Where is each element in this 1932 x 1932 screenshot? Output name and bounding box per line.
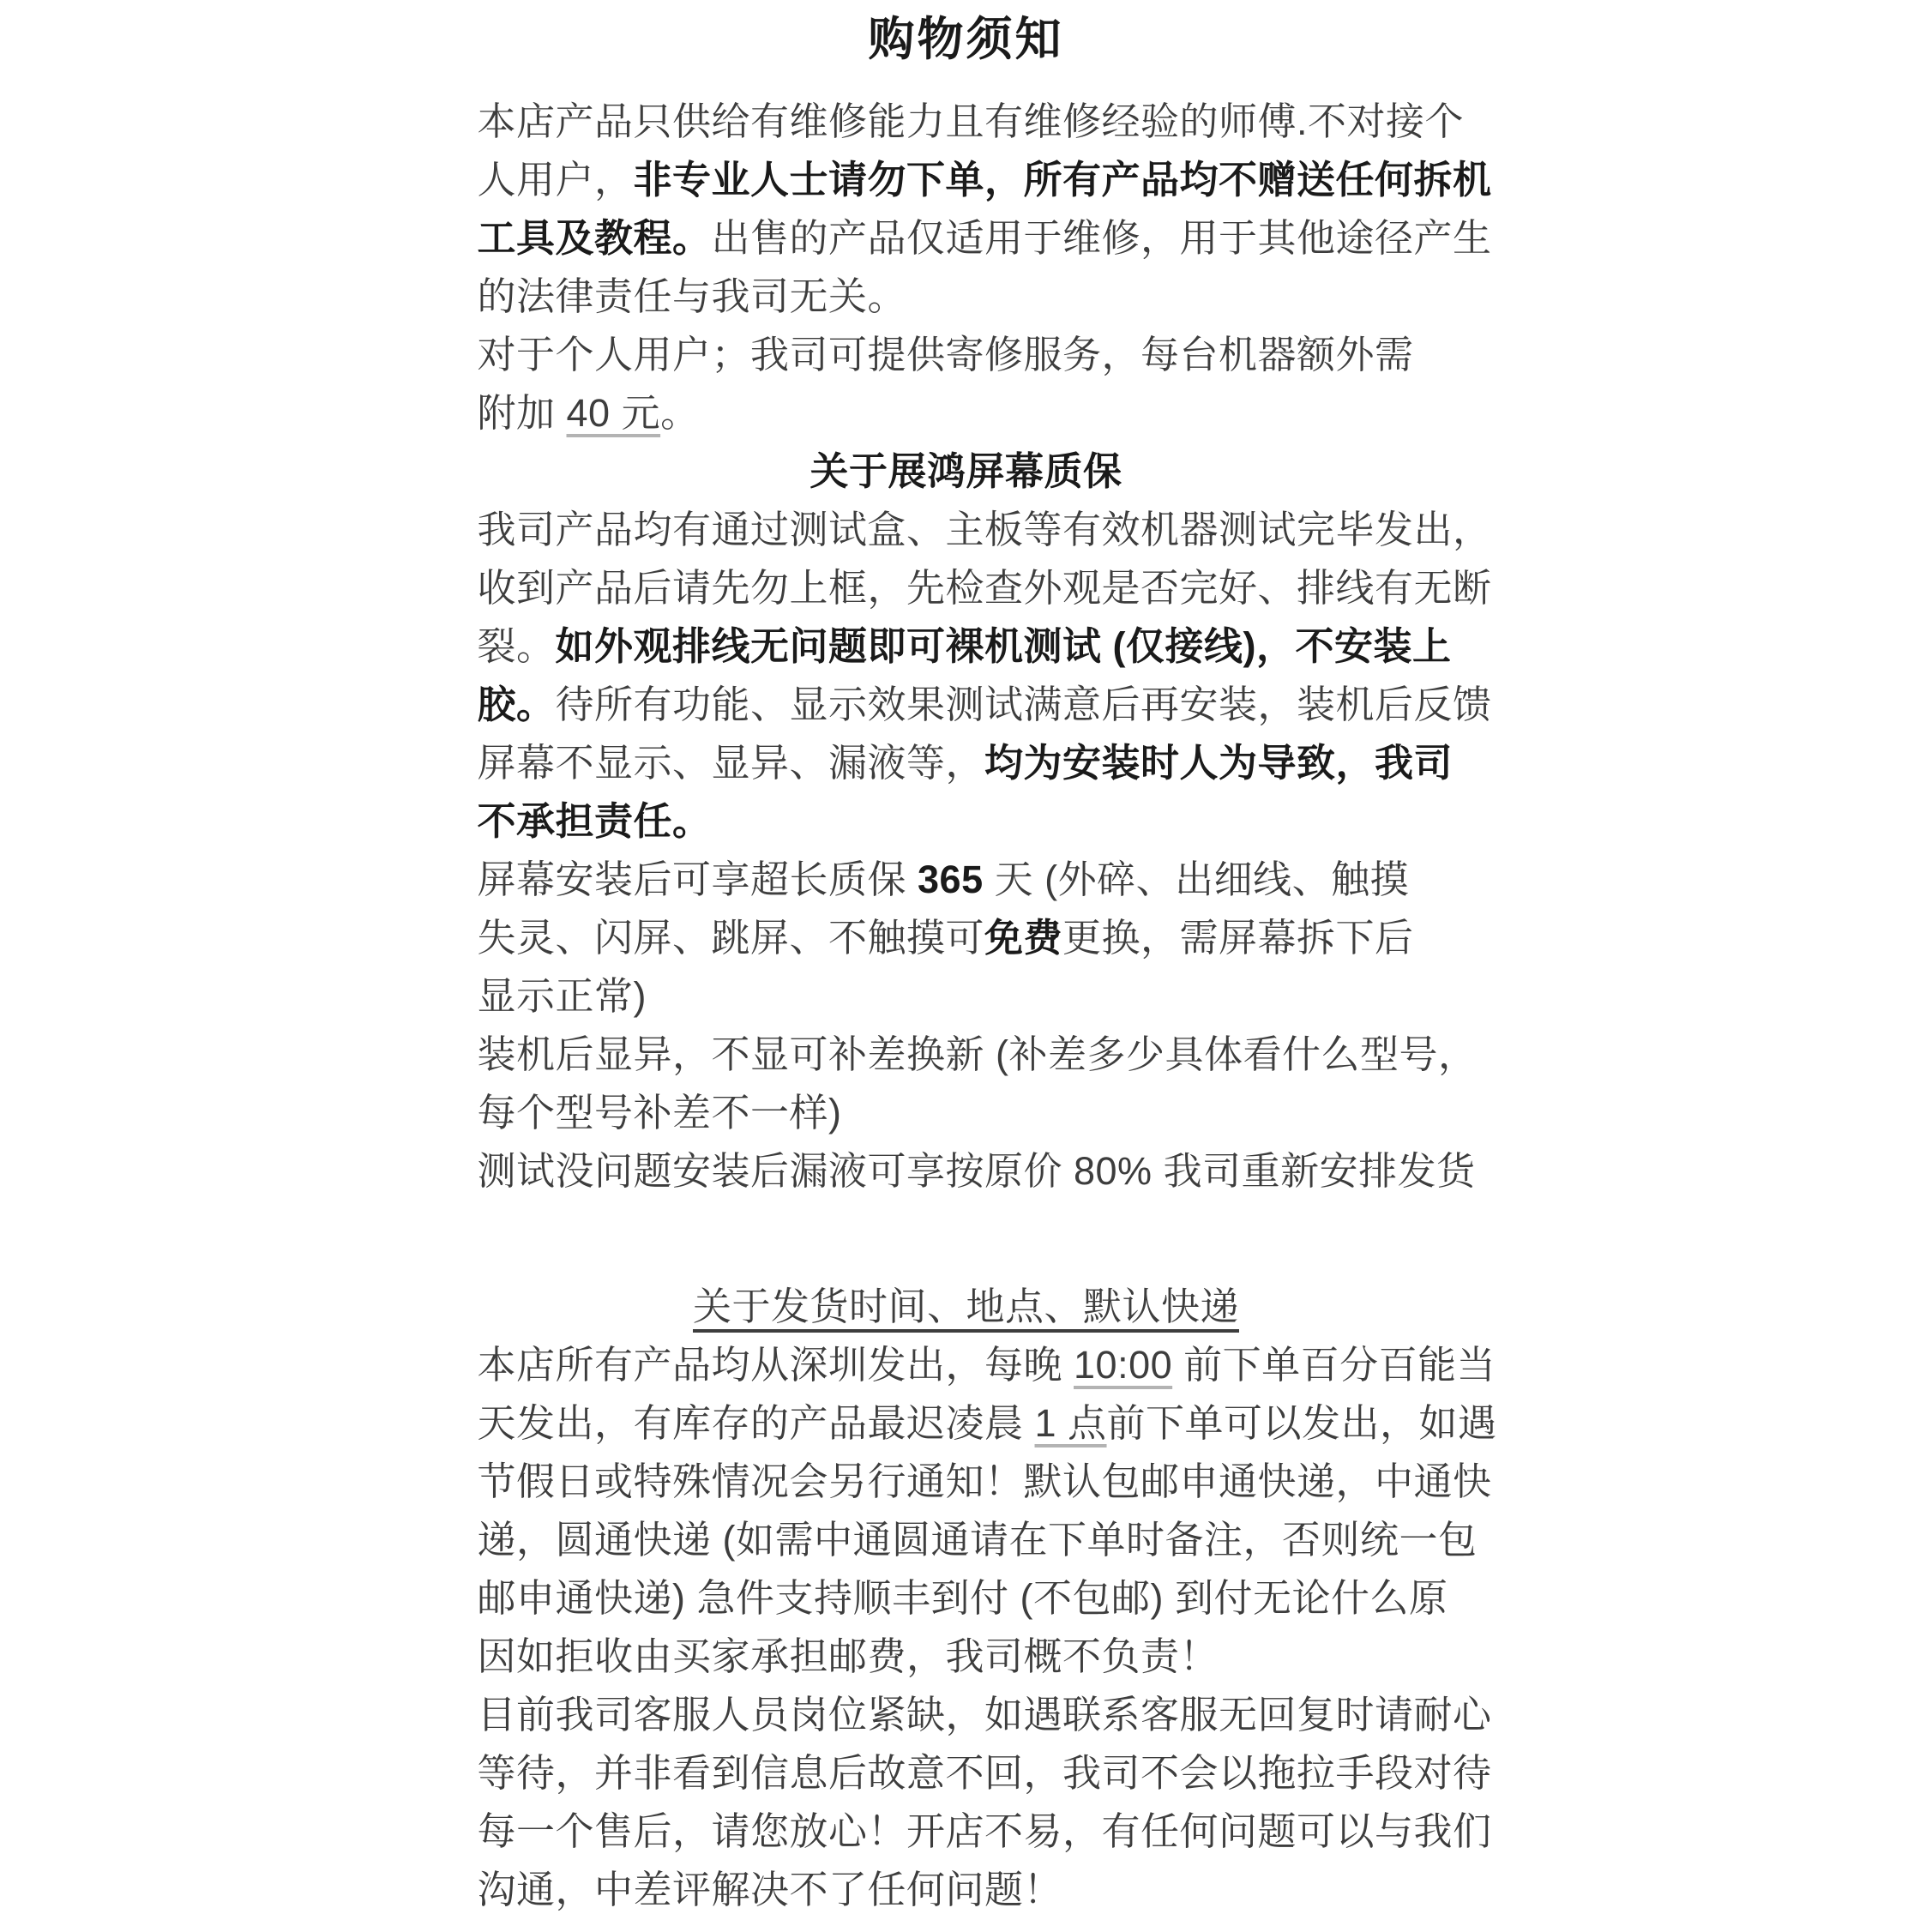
- text-line: 沟通，中差评解决不了任何问题！: [478, 1861, 1455, 1919]
- section-heading: 关于发货时间、地点、默认快递: [478, 1278, 1455, 1336]
- text-line: 不承担责任。: [478, 792, 1455, 851]
- paragraph: 目前我司客服人员岗位紧缺，如遇联系客服无回复时请耐心等待，并非看到信息后故意不回…: [478, 1686, 1455, 1919]
- text-line: 等待，并非看到信息后故意不回，我司不会以拖拉手段对待: [478, 1744, 1455, 1803]
- text-line: 天发出，有库存的产品最迟凌晨 1 点前下单可以发出，如遇: [478, 1394, 1455, 1453]
- text-segment: 因如拒收由买家承担邮费，我司概不负责！: [478, 1634, 1219, 1678]
- text-line: 本店产品只供给有维修能力且有维修经验的师傅.不对接个: [478, 93, 1455, 151]
- text-line: 递，圆通快递 (如需中通圆通请在下单时备注，否则统一包: [478, 1511, 1455, 1569]
- paragraph: 测试没问题安装后漏液可享按原价 80% 我司重新安排发货: [478, 1142, 1455, 1201]
- text-segment: 对于个人用户；我司可提供寄修服务，每台机器额外需: [478, 333, 1414, 376]
- paragraph: 装机后显异，不显可补差换新 (补差多少具体看什么型号，每个型号补差不一样): [478, 1026, 1455, 1142]
- text-line: 裂。如外观排线无问题即可裸机测试 (仅接线)，不安装上: [478, 617, 1455, 676]
- text-segment: 购物须知: [869, 14, 1064, 65]
- text-line: 因如拒收由买家承担邮费，我司概不负责！: [478, 1628, 1455, 1686]
- text-line: 胶。待所有功能、显示效果测试满意后再安装，装机后反馈: [478, 676, 1455, 734]
- text-line: 每个型号补差不一样): [478, 1084, 1455, 1142]
- text-segment: 递，圆通快递 (如需中通圆通请在下单时备注，否则统一包: [478, 1518, 1478, 1562]
- text-segment: 测试没问题安装后漏液可享按原价 80% 我司重新安排发货: [478, 1149, 1476, 1193]
- text-segment: 前下单百分百能当: [1172, 1343, 1496, 1387]
- text-segment: 10:00: [1074, 1343, 1172, 1387]
- text-segment: 每个型号补差不一样): [478, 1091, 842, 1135]
- text-line: 附加 40 元。: [478, 384, 1455, 442]
- text-segment: 屏幕不显示、显异、漏液等，: [478, 741, 985, 785]
- text-segment: 待所有功能、显示效果测试满意后再安装，装机后反馈: [556, 683, 1492, 726]
- text-line: 收到产品后请先勿上框，先检查外观是否完好、排线有无断: [478, 559, 1455, 617]
- text-segment: 如外观排线无问题即可裸机测试 (仅接线)，不安装上: [556, 624, 1452, 668]
- text-segment: 不承担责任。: [478, 799, 712, 843]
- text-line: 测试没问题安装后漏液可享按原价 80% 我司重新安排发货: [478, 1142, 1455, 1201]
- paragraph: 本店产品只供给有维修能力且有维修经验的师傅.不对接个人用户，非专业人士请勿下单，…: [478, 93, 1455, 326]
- text-segment: 非专业人士请勿下单，所有产品均不赠送任何拆机: [634, 158, 1492, 202]
- text-line: 装机后显异，不显可补差换新 (补差多少具体看什么型号，: [478, 1026, 1455, 1084]
- text-line: 关于发货时间、地点、默认快递: [478, 1278, 1455, 1336]
- paragraph: 屏幕安装后可享超长质保 365 天 (外碎、出细线、触摸失灵、闪屏、跳屏、不触摸…: [478, 851, 1455, 1026]
- text-segment: 均为安装时人为导致，我司: [984, 741, 1453, 785]
- text-segment: 天发出，有库存的产品最迟凌晨: [478, 1401, 1035, 1445]
- text-segment: 我司产品均有通过测试盒、主板等有效机器测试完毕发出，: [478, 508, 1492, 551]
- text-line: 显示正常): [478, 967, 1455, 1026]
- text-segment: 天 (外碎、出细线、触摸: [984, 858, 1410, 901]
- text-line: 本店所有产品均从深圳发出，每晚 10:00 前下单百分百能当: [478, 1336, 1455, 1394]
- section-heading: 关于展鸿屏幕质保: [478, 442, 1455, 501]
- text-segment: 前下单可以发出，如遇: [1107, 1401, 1497, 1445]
- text-line: 的法律责任与我司无关。: [478, 268, 1455, 326]
- text-segment: 胶。: [478, 683, 556, 726]
- notice-title: 购物须知: [478, 3, 1455, 75]
- text-line: 每一个售后，请您放心！开店不易，有任何问题可以与我们: [478, 1803, 1455, 1861]
- paragraph: 对于个人用户；我司可提供寄修服务，每台机器额外需附加 40 元。: [478, 326, 1455, 442]
- text-segment: 1 点: [1035, 1401, 1107, 1445]
- text-line: 屏幕不显示、显异、漏液等，均为安装时人为导致，我司: [478, 734, 1455, 792]
- text-segment: 本店所有产品均从深圳发出，每晚: [478, 1343, 1074, 1387]
- text-segment: 目前我司客服人员岗位紧缺，如遇联系客服无回复时请耐心: [478, 1693, 1492, 1736]
- text-segment: 等待，并非看到信息后故意不回，我司不会以拖拉手段对待: [478, 1751, 1492, 1795]
- text-segment: 屏幕安装后可享超长质保: [478, 858, 918, 901]
- text-line: 对于个人用户；我司可提供寄修服务，每台机器额外需: [478, 326, 1455, 384]
- text-segment: 沟通，中差评解决不了任何问题！: [478, 1868, 1063, 1911]
- text-line: 节假日或特殊情况会另行通知！默认包邮申通快递，中通快: [478, 1453, 1455, 1511]
- text-line: 目前我司客服人员岗位紧缺，如遇联系客服无回复时请耐心: [478, 1686, 1455, 1744]
- text-segment: 人用户，: [478, 158, 634, 202]
- paragraph: 本店所有产品均从深圳发出，每晚 10:00 前下单百分百能当天发出，有库存的产品…: [478, 1336, 1455, 1686]
- text-segment: 附加: [478, 391, 567, 435]
- text-segment: 每一个售后，请您放心！开店不易，有任何问题可以与我们: [478, 1809, 1492, 1853]
- text-segment: 更换，需屏幕拆下后: [1062, 916, 1414, 960]
- text-segment: 的法律责任与我司无关。: [478, 274, 907, 318]
- text-line: 人用户，非专业人士请勿下单，所有产品均不赠送任何拆机: [478, 151, 1455, 209]
- notice-document: 购物须知本店产品只供给有维修能力且有维修经验的师傅.不对接个人用户，非专业人士请…: [478, 0, 1455, 1919]
- text-segment: 关于发货时间、地点、默认快递: [693, 1285, 1239, 1328]
- text-line: 我司产品均有通过测试盒、主板等有效机器测试完毕发出，: [478, 501, 1455, 559]
- text-segment: 显示正常): [478, 974, 647, 1018]
- paragraph: 我司产品均有通过测试盒、主板等有效机器测试完毕发出，收到产品后请先勿上框，先检查…: [478, 501, 1455, 851]
- section-spacer: [478, 1201, 1455, 1278]
- text-line: 购物须知: [478, 3, 1455, 75]
- text-segment: 本店产品只供给有维修能力且有维修经验的师傅.不对接个: [478, 99, 1465, 143]
- text-segment: 工具及教程。: [478, 216, 712, 260]
- text-segment: 关于展鸿屏幕质保: [810, 449, 1122, 493]
- text-segment: 失灵、闪屏、跳屏、不触摸可: [478, 916, 985, 960]
- text-segment: 裂。: [478, 624, 556, 668]
- text-line: 关于展鸿屏幕质保: [478, 442, 1455, 501]
- text-segment: 。: [660, 391, 700, 435]
- text-line: 失灵、闪屏、跳屏、不触摸可免费更换，需屏幕拆下后: [478, 909, 1455, 967]
- text-segment: 免费: [984, 916, 1062, 960]
- text-segment: 节假日或特殊情况会另行通知！默认包邮申通快递，中通快: [478, 1460, 1492, 1503]
- text-segment: 邮申通快递) 急件支持顺丰到付 (不包邮) 到付无论什么原: [478, 1576, 1448, 1620]
- text-segment: 收到产品后请先勿上框，先检查外观是否完好、排线有无断: [478, 566, 1492, 610]
- text-line: 工具及教程。出售的产品仅适用于维修，用于其他途径产生: [478, 209, 1455, 268]
- text-line: 邮申通快递) 急件支持顺丰到付 (不包邮) 到付无论什么原: [478, 1569, 1455, 1628]
- text-segment: 365: [918, 858, 984, 901]
- text-segment: 出售的产品仅适用于维修，用于其他途径产生: [712, 216, 1492, 260]
- text-line: 屏幕安装后可享超长质保 365 天 (外碎、出细线、触摸: [478, 851, 1455, 909]
- text-segment: 装机后显异，不显可补差换新 (补差多少具体看什么型号，: [478, 1032, 1478, 1076]
- text-segment: 40 元: [567, 391, 661, 435]
